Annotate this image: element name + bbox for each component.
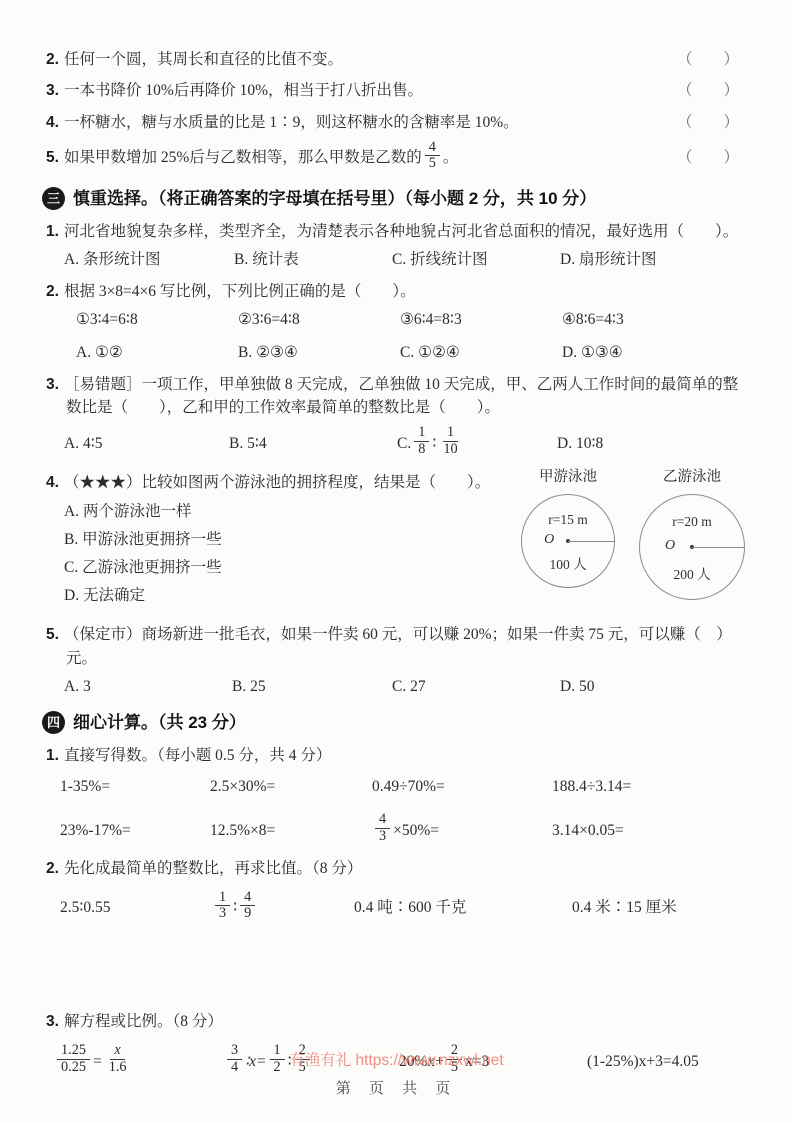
question-5: 5.（保定市）商场新进一批毛衣，如果一件卖 60 元，可以赚 20%；如果一件卖… [46,623,745,670]
proportion-2: ②3∶6=4∶8 [238,308,400,331]
question-number: 5. [46,626,59,643]
section-header: 四 细心计算。（共 23 分） [42,710,745,736]
fraction: 49 [240,890,255,922]
fraction-denominator: 5 [425,156,440,172]
ratio-item: 13 ∶ 49 [212,892,354,924]
expression: 0.49÷70%= [372,775,552,798]
section-title: 细心计算。（共 23 分） [73,710,246,736]
expression-tail: ×50%= [393,819,439,842]
fraction-numerator: 1 [443,425,458,442]
option-c: C. 乙游泳池更拥挤一些 [64,556,516,579]
ratio-item: 2.5∶0.55 [60,896,212,919]
expression: 23%-17%= [60,819,210,842]
radius-line [568,541,615,542]
fraction-numerator: 1 [414,425,429,442]
pool-b-diagram: 乙游泳池 r=20 m O 200 人 [639,467,745,600]
ratio-separator: ∶ [432,432,436,455]
radius-label: r=15 m [522,510,614,530]
proportion-3: ③6∶4=8∶3 [400,308,562,331]
option-b: B. 5∶4 [229,432,397,455]
option-b: B. ②③④ [238,341,400,364]
item-text: 如果甲数增加 25%后与乙数相等，那么甲数是乙数的45。 [64,142,667,174]
judge-item: 2. 任何一个圆，其周长和直径的比值不变。 （ ） [46,48,745,71]
page-footer: 有渔有礼 https://www.nzxwl.net 第 页 共 页 [0,1049,793,1100]
answer-bracket: （ ） [677,79,739,102]
option-a: A. ①② [76,341,238,364]
fraction-denominator: 9 [240,906,255,922]
question-1: 1.河北省地貌复杂多样，类型齐全，为清楚表示各种地貌占河北省总面积的情况，最好选… [46,220,745,243]
calc-1-title: 1.直接写得数。（每小题 0.5 分，共 4 分） [46,744,745,767]
question-text: ［易错题］一项工作，甲单独做 8 天完成，乙单独做 10 天完成，甲、乙两人工作… [64,376,738,416]
question-5-options: A. 3 B. 25 C. 27 D. 50 [64,675,745,698]
question-text: （★★★）比较如图两个游泳池的拥挤程度，结果是（ ）。 [64,474,490,491]
item-text-after: 。 [443,149,459,166]
pool-a-diagram: 甲游泳池 r=15 m O 100 人 [521,467,615,588]
answer-bracket: （ ） [677,146,739,169]
question-4-block: 4.（★★★）比较如图两个游泳池的拥挤程度，结果是（ ）。 A. 两个游泳池一样… [46,471,745,623]
question-number: 1. [46,223,59,240]
center-label: O [665,535,675,556]
fraction-numerator: 4 [425,140,440,157]
pool-a-title: 甲游泳池 [521,467,615,489]
pool-a-circle: r=15 m O 100 人 [521,494,615,588]
judge-item: 4. 一杯糖水，糖与水质量的比是 1∶9，则这杯糖水的含糖率是 10%。 （ ） [46,111,745,134]
ratio-item: 0.4 吨∶600 千克 [354,896,572,919]
judge-section: 2. 任何一个圆，其周长和直径的比值不变。 （ ） 3. 一本书降价 10%后再… [46,48,745,174]
calc-1-grid: 1-35%= 2.5×30%= 0.49÷70%= 188.4÷3.14= 23… [60,775,745,847]
people-count: 200 人 [640,565,744,585]
question-text: 根据 3×8=4×6 写比例，下列比例正确的是（ ）。 [64,283,416,300]
expression: 188.4÷3.14= [552,775,745,798]
fraction-numerator: 4 [240,890,255,907]
judge-item: 5. 如果甲数增加 25%后与乙数相等，那么甲数是乙数的45。 （ ） [46,142,745,174]
option-c: C. 18 ∶ 110 [397,427,557,459]
question-text-row: 4.（★★★）比较如图两个游泳池的拥挤程度，结果是（ ）。 [46,471,516,494]
option-c: C. 折线统计图 [392,248,560,271]
calc-number: 1. [46,747,59,764]
pool-b-title: 乙游泳池 [639,467,745,489]
answer-bracket: （ ） [677,48,739,71]
pool-diagrams: 甲游泳池 r=15 m O 100 人 乙游泳池 r=20 m O [521,467,745,600]
option-d: D. ①③④ [562,341,745,364]
calc-title-text: 直接写得数。（每小题 0.5 分，共 4 分） [64,747,331,764]
question-1-options: A. 条形统计图 B. 统计表 C. 折线统计图 D. 扇形统计图 [64,248,745,271]
item-text-before: 如果甲数增加 25%后与乙数相等，那么甲数是乙数的 [64,149,422,166]
section-header: 三 慎重选择。（将正确答案的字母填在括号里）（每小题 2 分，共 10 分） [42,186,745,212]
expression: 1-35%= [60,775,210,798]
fraction: 110 [439,425,461,457]
fraction-denominator: 3 [375,829,390,845]
fraction-denominator: 10 [439,442,461,458]
calc-number: 2. [46,860,59,877]
calculation-section: 四 细心计算。（共 23 分） 1.直接写得数。（每小题 0.5 分，共 4 分… [46,710,745,1078]
proportion-1: ①3∶4=6∶8 [76,308,238,331]
people-count: 100 人 [522,555,614,575]
question-2-proportions: ①3∶4=6∶8 ②3∶6=4∶8 ③6∶4=8∶3 ④8∶6=4∶3 [76,308,745,331]
option-a: A. 两个游泳池一样 [64,500,516,523]
ratio-item: 0.4 米∶15 厘米 [572,896,745,919]
option-d: D. 10∶8 [557,432,745,455]
ratio-separator: ∶ [233,896,237,919]
option-label: C. [397,432,411,455]
section-four-icon: 四 [42,711,65,734]
work-space [46,924,745,1010]
exam-page: 2. 任何一个圆，其周长和直径的比值不变。 （ ） 3. 一本书降价 10%后再… [0,0,793,1122]
option-b: B. 统计表 [234,248,392,271]
radius-label: r=20 m [640,512,744,532]
fraction: 43 [375,812,390,844]
option-b: B. 25 [232,675,392,698]
question-2: 2.根据 3×8=4×6 写比例，下列比例正确的是（ ）。 [46,280,745,303]
option-c: C. ①②④ [400,341,562,364]
calc-title-text: 解方程或比例。（8 分） [64,1013,223,1030]
item-text: 一本书降价 10%后再降价 10%，相当于打八折出售。 [64,79,667,102]
proportion-4: ④8∶6=4∶3 [562,308,745,331]
calc-2-grid: 2.5∶0.55 13 ∶ 49 0.4 吨∶600 千克 0.4 米∶15 厘… [60,892,745,924]
section-title: 慎重选择。（将正确答案的字母填在括号里）（每小题 2 分，共 10 分） [73,186,596,212]
fraction-numerator: 4 [375,812,390,829]
pool-b-circle: r=20 m O 200 人 [639,494,745,600]
calc-title-text: 先化成最简单的整数比，再求比值。（8 分） [64,860,362,877]
section-three-icon: 三 [42,187,65,210]
expression: 3.14×0.05= [552,819,745,842]
question-text: （保定市）商场新进一批毛衣，如果一件卖 60 元，可以赚 20%；如果一件卖 7… [64,626,732,666]
option-d: D. 50 [560,675,745,698]
option-d: D. 扇形统计图 [560,248,745,271]
question-3: 3.［易错题］一项工作，甲单独做 8 天完成，乙单独做 10 天完成，甲、乙两人… [46,373,745,420]
fraction-denominator: 3 [215,906,230,922]
item-number: 3. [46,79,59,102]
choice-section: 三 慎重选择。（将正确答案的字母填在括号里）（每小题 2 分，共 10 分） 1… [46,186,745,698]
center-label: O [544,529,554,550]
option-a: A. 条形统计图 [64,248,234,271]
question-4: 4.（★★★）比较如图两个游泳池的拥挤程度，结果是（ ）。 A. 两个游泳池一样… [46,471,516,607]
radius-line [692,547,745,548]
page-number: 第 页 共 页 [0,1078,793,1101]
option-a: A. 3 [64,675,232,698]
fraction: 45 [425,140,440,172]
calc-3-title: 3.解方程或比例。（8 分） [46,1010,745,1033]
expression: 2.5×30%= [210,775,372,798]
option-a: A. 4∶5 [64,432,229,455]
calc-2-title: 2.先化成最简单的整数比，再求比值。（8 分） [46,857,745,880]
fraction-denominator: 8 [414,442,429,458]
fraction: 18 [414,425,429,457]
question-number: 3. [46,376,59,393]
calc-number: 3. [46,1013,59,1030]
option-b: B. 甲游泳池更拥挤一些 [64,528,516,551]
item-number: 4. [46,111,59,134]
fraction: 13 [215,890,230,922]
option-c: C. 27 [392,675,560,698]
question-3-options: A. 4∶5 B. 5∶4 C. 18 ∶ 110 D. 10∶8 [64,424,745,462]
option-d: D. 无法确定 [64,584,516,607]
answer-bracket: （ ） [677,111,739,134]
expression: 12.5%×8= [210,819,372,842]
fraction-numerator: 1 [215,890,230,907]
item-number: 2. [46,48,59,71]
question-number: 2. [46,283,59,300]
question-2-options: A. ①② B. ②③④ C. ①②④ D. ①③④ [76,341,745,364]
question-text: 河北省地貌复杂多样，类型齐全，为清楚表示各种地貌占河北省总面积的情况，最好选用（… [64,223,738,240]
judge-item: 3. 一本书降价 10%后再降价 10%，相当于打八折出售。 （ ） [46,79,745,102]
item-text: 任何一个圆，其周长和直径的比值不变。 [64,48,667,71]
question-number: 4. [46,474,59,491]
item-text: 一杯糖水，糖与水质量的比是 1∶9，则这杯糖水的含糖率是 10%。 [64,111,667,134]
expression: 43 ×50%= [372,814,552,846]
watermark-url: 有渔有礼 https://www.nzxwl.net [0,1049,793,1072]
item-number: 5. [46,146,59,169]
